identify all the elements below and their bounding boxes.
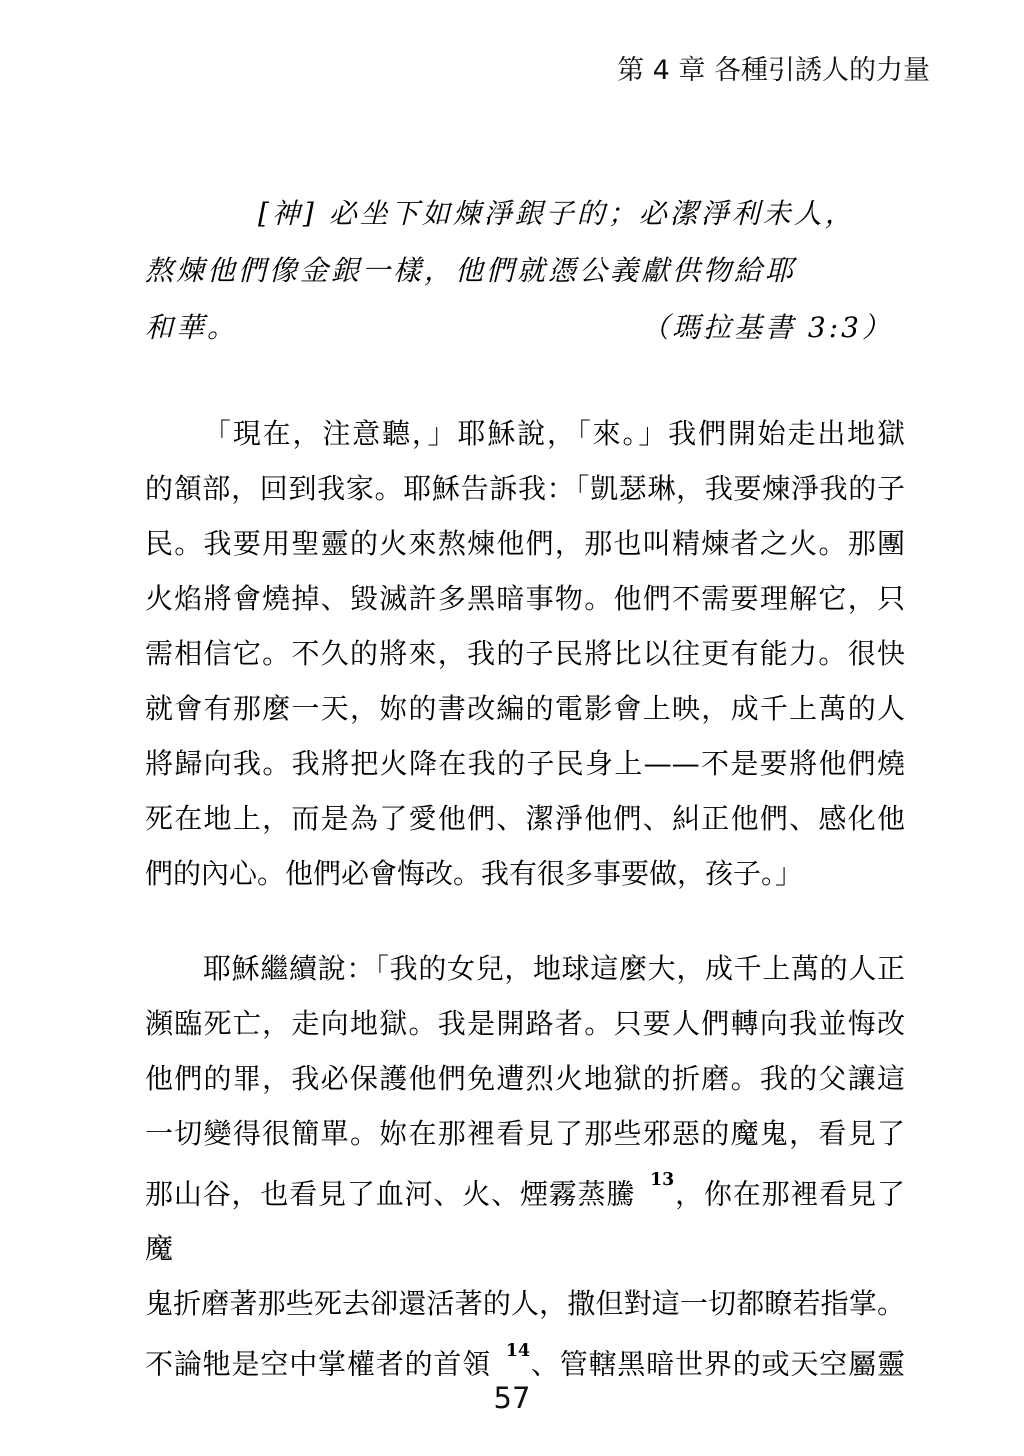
text-line: 火焰將會燒掉、毀滅許多黑暗事物。他們不需要理解它，只: [145, 571, 905, 626]
text-line: 熬煉他們像金銀一樣，他們就憑公義獻供物給耶: [145, 242, 893, 299]
page-number: 57: [0, 1381, 1024, 1415]
paragraph-1: 「現在，注意聽，」耶穌說，「來。」我們開始走出地獄的頷部，回到我家。耶穌告訴我：…: [145, 406, 905, 901]
footnote-reference: 13: [650, 1170, 674, 1190]
quote-lines: [神] 必坐下如煉淨銀子的；必潔淨利未人，熬煉他們像金銀一樣，他們就憑公義獻供物…: [145, 185, 893, 299]
text-line: 們的內心。他們必會悔改。我有很多事要做，孩子。」: [145, 846, 905, 901]
footnote-reference: 14: [506, 1341, 530, 1361]
book-page: 第 4 章 各種引誘人的力量 [神] 必坐下如煉淨銀子的；必潔淨利未人，熬煉他們…: [0, 0, 1024, 1456]
text-line: 的頷部，回到我家。耶穌告訴我：「凱瑟琳，我要煉淨我的子: [145, 461, 905, 516]
text-line: 「現在，注意聽，」耶穌說，「來。」我們開始走出地獄: [145, 406, 905, 461]
text-line: 需相信它。不久的將來，我的子民將比以往更有能力。很快: [145, 626, 905, 681]
text-line: 就會有那麼一天，妳的書改編的電影會上映，成千上萬的人: [145, 681, 905, 736]
quote-citation: （瑪拉基書 3:3）: [641, 299, 893, 356]
text-line: 一切變得很簡單。妳在那裡看見了那些邪惡的魔鬼，看見了: [145, 1106, 905, 1161]
text-line: 將歸向我。我將把火降在我的子民身上——不是要將他們燒: [145, 736, 905, 791]
text-line: 鬼折磨著那些死去卻還活著的人，撒但對這一切都瞭若指掌。: [145, 1276, 905, 1331]
paragraph-2: 耶穌繼續說：「我的女兒，地球這麼大，成千上萬的人正瀕臨死亡，走向地獄。我是開路者…: [145, 941, 905, 1392]
quote-last-text: 和華。: [145, 299, 238, 356]
text-line: [神] 必坐下如煉淨銀子的；必潔淨利未人，: [145, 185, 893, 242]
text-line: 民。我要用聖靈的火來熬煉他們，那也叫精煉者之火。那團: [145, 516, 905, 571]
text-line: 耶穌繼續說：「我的女兒，地球這麼大，成千上萬的人正: [145, 941, 905, 996]
text-line: 瀕臨死亡，走向地獄。我是開路者。只要人們轉向我並悔改: [145, 996, 905, 1051]
chapter-header: 第 4 章 各種引誘人的力量: [0, 55, 930, 87]
text-line: 那山谷，也看見了血河、火、煙霧蒸騰 13，你在那裡看見了魔: [145, 1161, 905, 1276]
quote-last-line: 和華。 （瑪拉基書 3:3）: [145, 299, 893, 356]
scripture-quote: [神] 必坐下如煉淨銀子的；必潔淨利未人，熬煉他們像金銀一樣，他們就憑公義獻供物…: [145, 185, 893, 356]
text-line: 死在地上，而是為了愛他們、潔淨他們、糾正他們、感化他: [145, 791, 905, 846]
text-line: 他們的罪，我必保護他們免遭烈火地獄的折磨。我的父讓這: [145, 1051, 905, 1106]
